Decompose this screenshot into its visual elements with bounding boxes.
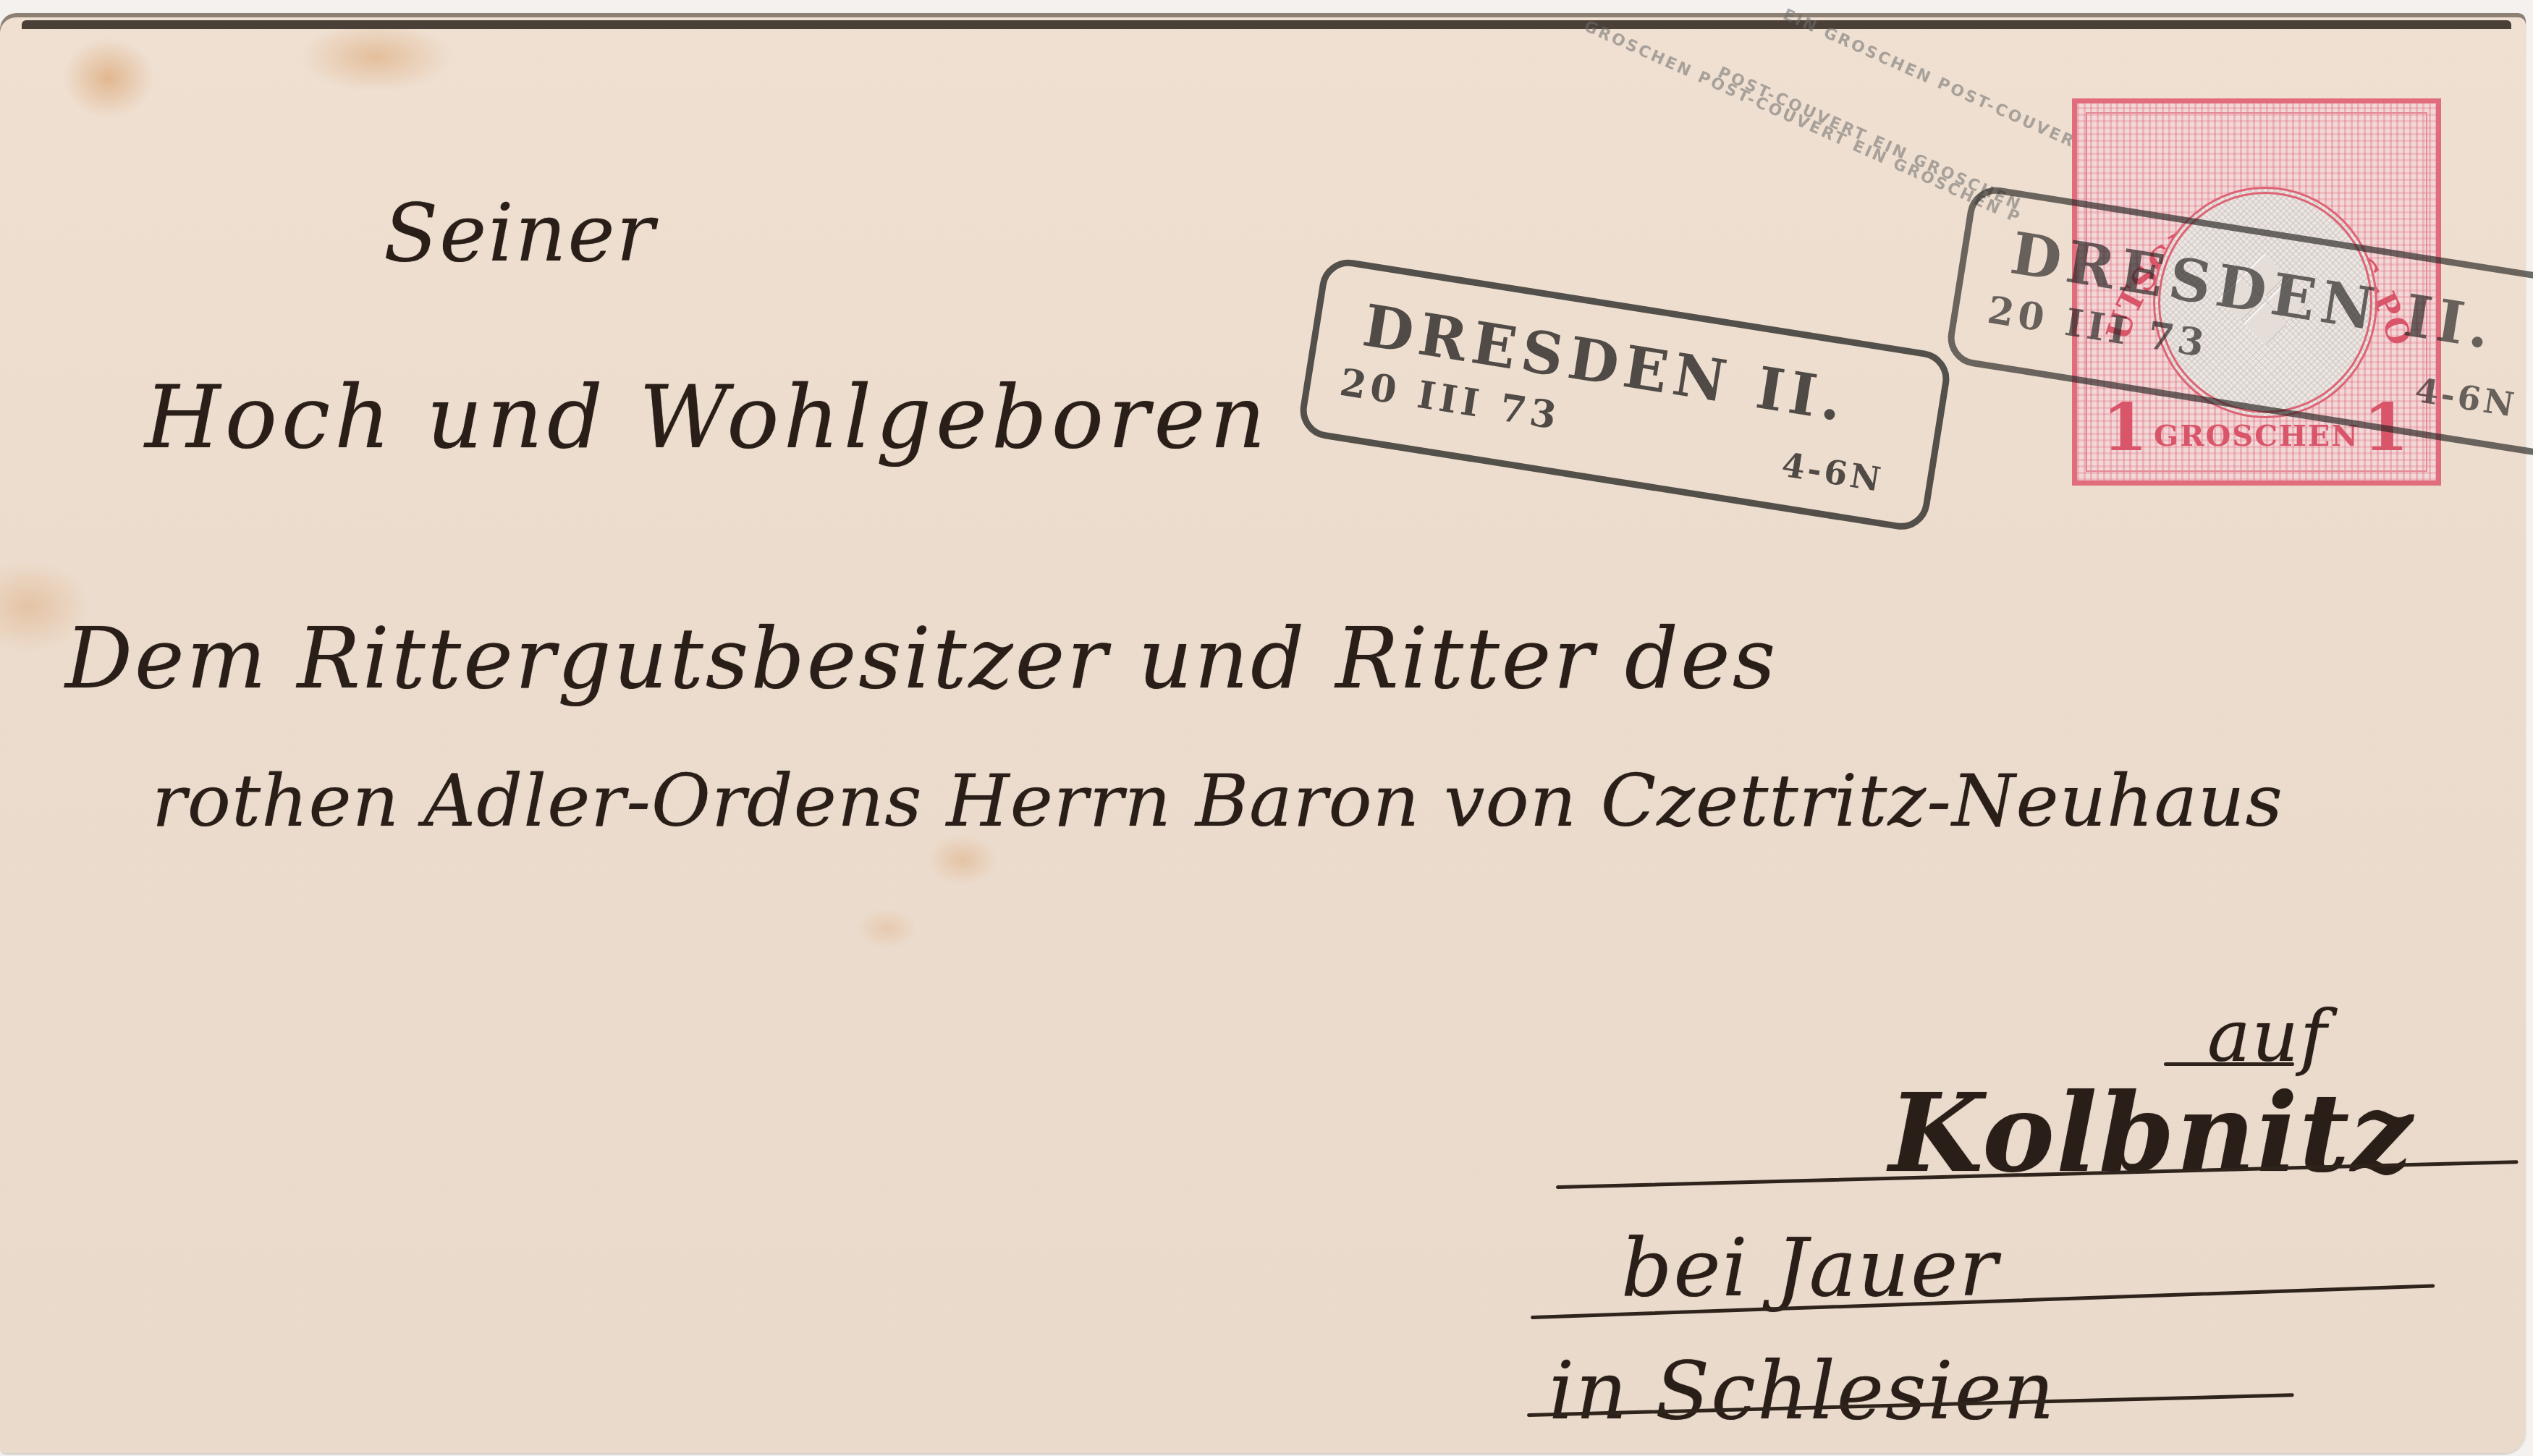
postmark: DRESDEN II. 20 III 73 4-6N xyxy=(1296,255,1953,534)
address-region: in Schlesien xyxy=(1549,1345,2056,1437)
postmark-time: 4-6N xyxy=(2413,371,2520,425)
address-honorific: Hoch und Wohlgeboren xyxy=(145,368,1270,468)
imprint-line: POST-COUVERT EIN GROSCHEN xyxy=(1715,64,2024,215)
underline xyxy=(2164,1062,2294,1066)
address-near: bei Jauer xyxy=(1621,1222,1999,1314)
address-title-line: Dem Rittergutsbesitzer und Ritter des xyxy=(65,610,1777,708)
envelope: GROSCHEN POST-COUVERT EIN GROSCHEN P POS… xyxy=(0,13,2526,1453)
address-salutation: Seiner xyxy=(384,187,656,279)
address-name-line: rothen Adler-Ordens Herrn Baron von Czet… xyxy=(152,758,2283,843)
envelope-top-edge xyxy=(22,20,2511,29)
imprint-line: GROSCHEN POST-COUVERT EIN GROSCHEN P xyxy=(1581,17,2024,228)
postmark-time: 4-6N xyxy=(1779,445,1886,499)
